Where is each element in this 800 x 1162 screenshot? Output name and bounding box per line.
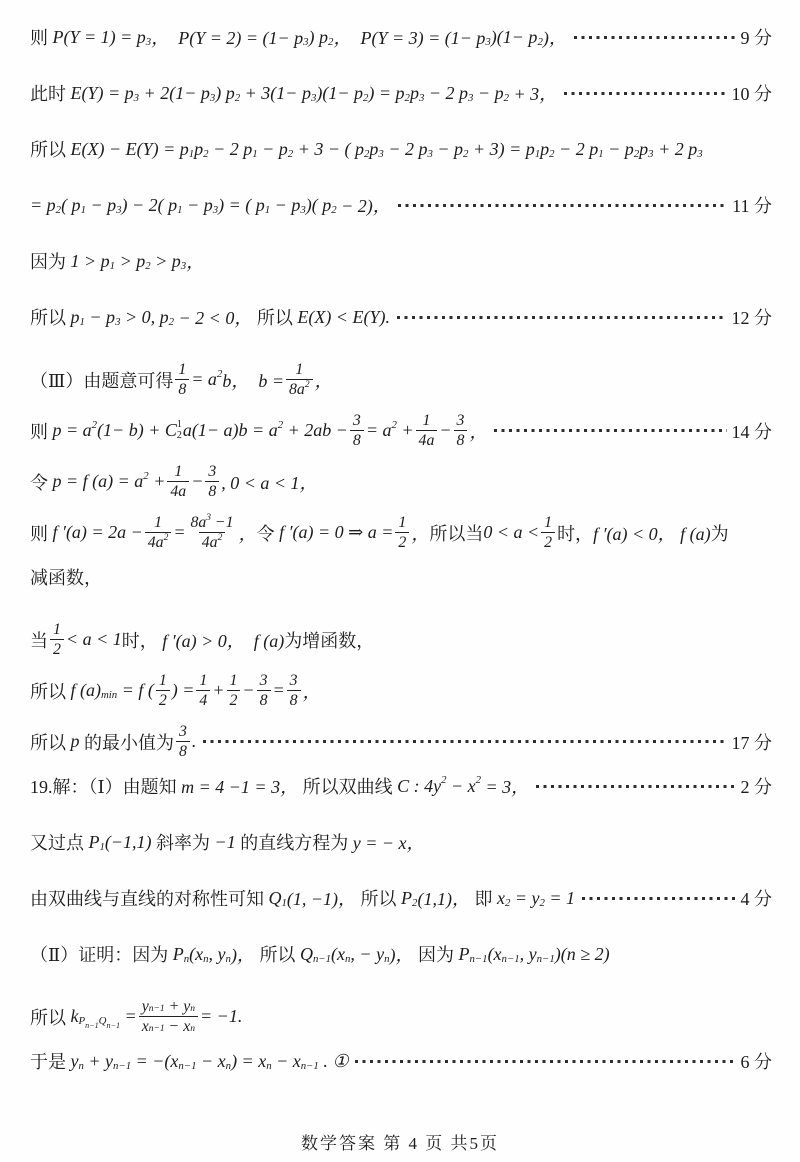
math-text: 8a	[289, 380, 305, 399]
subscript: 1	[265, 205, 270, 216]
denominator: 2	[156, 690, 170, 710]
fraction: yn−1 + ynxn−1 − xn	[139, 997, 198, 1036]
math-text: y	[71, 1051, 79, 1072]
math-text: 1	[174, 462, 182, 481]
math-text: m = 4 −1 = 3，	[181, 773, 298, 799]
subscript: n	[203, 954, 208, 965]
math-text: . ①	[319, 1051, 349, 1072]
subscript: 3	[116, 205, 121, 216]
math-text: ) = x	[231, 1051, 266, 1072]
subscript: n−1	[178, 1061, 196, 1072]
chinese-text: 所以	[252, 304, 297, 330]
subscript: 2	[412, 898, 417, 909]
fraction: 14a	[416, 411, 438, 450]
dot-leader	[355, 1060, 735, 1063]
math-text: =	[273, 680, 285, 701]
math-text: 1	[295, 360, 303, 379]
math-text: +	[397, 420, 414, 441]
numerator: 1	[419, 411, 433, 430]
subscript: 3	[697, 149, 702, 160]
chinese-text: 即	[470, 885, 497, 911]
numerator: 1	[196, 671, 210, 690]
numerator: 1	[50, 620, 64, 639]
subscript: n−1	[85, 1021, 99, 1030]
subscript: 3	[311, 93, 316, 104]
math-text: = f (	[117, 680, 154, 701]
denominator: 8a2	[286, 379, 313, 399]
dot-leader	[582, 897, 735, 900]
dot-leader	[397, 316, 727, 319]
subscript: n−1	[537, 954, 555, 965]
chinese-text: （Ⅱ）证明：因为	[30, 941, 173, 967]
math-text: − p	[270, 195, 300, 216]
chinese-text: 则	[30, 24, 53, 50]
math-text: −1	[215, 832, 236, 853]
math-text: = y	[510, 888, 539, 909]
math-text: (x	[189, 944, 203, 965]
math-text: , − y	[350, 944, 384, 965]
chinese-text: 又过点	[30, 829, 89, 855]
denominator: 2	[50, 639, 64, 659]
fraction: 38	[454, 411, 468, 450]
math-text: −	[439, 420, 451, 441]
math-text: ) = ( p	[218, 195, 265, 216]
math-text: > 0, p	[120, 307, 168, 328]
math-text: − p	[183, 195, 213, 216]
subscript: 2	[634, 149, 639, 160]
math-text: 8	[260, 691, 268, 710]
math-text: ，	[469, 418, 487, 444]
subscript: 2	[145, 261, 150, 272]
superscript: 2	[218, 534, 223, 544]
math-text: 8	[457, 431, 465, 450]
math-text: , 0 < a < 1，	[221, 469, 317, 495]
math-text: , y	[209, 944, 226, 965]
math-text: 1	[422, 411, 430, 430]
math-text: 2	[230, 691, 238, 710]
math-text: 1	[398, 513, 406, 532]
math-text: P(Y = 1) = p	[53, 27, 146, 48]
math-text: p	[410, 83, 419, 104]
math-text: ， P(Y = 3) = (1− p	[333, 24, 485, 50]
chinese-text: 所以	[30, 136, 71, 162]
math-text: Q	[300, 944, 313, 965]
chinese-text: 所以	[255, 941, 300, 967]
subscript: n−1	[113, 1061, 131, 1072]
math-text: = −(x	[131, 1051, 178, 1072]
denominator: 4a2	[199, 532, 226, 552]
math-text: 8	[179, 742, 187, 761]
numerator: 1	[292, 360, 306, 379]
subscript: 3	[419, 93, 424, 104]
chinese-text: 所以	[30, 729, 71, 755]
math-text: P	[458, 944, 469, 965]
chinese-text: 所以当	[429, 520, 483, 546]
math-text: −	[191, 471, 203, 492]
math-text: y	[142, 997, 149, 1016]
subscript: 2	[331, 205, 336, 216]
math-text: − 2)，	[337, 192, 391, 218]
math-text: )(1− p	[316, 83, 363, 104]
denominator: 4a	[167, 481, 189, 501]
page-footer: 数学答案 第 4 页 共5页	[0, 1129, 800, 1154]
numerator: 3	[454, 411, 468, 430]
math-text: p	[71, 307, 80, 328]
math-text: 3	[457, 411, 465, 430]
subscript: Pn−1Qn−1	[79, 1016, 121, 1027]
fraction: 12	[50, 620, 64, 659]
subscript: 1	[81, 205, 86, 216]
subscript: 1	[100, 842, 105, 853]
denominator: 4	[196, 690, 210, 710]
chinese-text: 所以	[30, 304, 71, 330]
math-text: 8	[208, 482, 216, 501]
numerator: 1	[171, 462, 185, 481]
score-label: 6 分	[741, 1048, 773, 1074]
formula-line: 所以 kPn−1Qn−1 =yn−1 + ynxn−1 − xn= −1.	[30, 997, 772, 1036]
formula-line: 由双曲线与直线的对称性可知 Q1(1, −1)， 所以 P2(1,1)， 即 x…	[30, 885, 772, 911]
stack-sub: 2	[177, 431, 182, 442]
math-text: 1	[544, 513, 552, 532]
formula-line: （Ⅱ）证明：因为 Pn(xn, yn)， 所以 Qn−1(xn, − yn)， …	[30, 941, 772, 967]
math-text: − p	[258, 139, 288, 160]
fraction: 14a	[167, 462, 189, 501]
math-text: −	[242, 680, 254, 701]
superscript: 2	[305, 381, 310, 391]
score-label: 17 分	[732, 729, 773, 755]
denominator: 8	[205, 481, 219, 501]
chinese-text: 于是	[30, 1048, 71, 1074]
math-text: = −1.	[200, 1006, 242, 1027]
math-text: E(Y) = p	[71, 83, 134, 104]
subscript: 2	[169, 317, 174, 328]
chinese-text: 此时	[30, 80, 71, 106]
score-label: 4 分	[741, 885, 773, 911]
dot-leader	[203, 740, 726, 743]
score-label: 9 分	[741, 24, 773, 50]
formula-line: 令 p = f (a) = a2 +14a−38, 0 < a < 1，	[30, 462, 772, 501]
math-text: ，	[315, 367, 333, 393]
fraction: 12	[541, 513, 555, 552]
subscript: 2	[504, 93, 509, 104]
superscript: 2	[164, 534, 169, 544]
subscript: 2	[56, 205, 61, 216]
chinese-text: （Ⅲ）由题意可得	[30, 367, 173, 393]
superscript: 2	[391, 420, 396, 431]
subscript: 1	[80, 317, 85, 328]
subscript: n	[226, 1061, 231, 1072]
math-text: (x	[331, 944, 345, 965]
math-text: + 3(1− p	[240, 83, 311, 104]
fraction: 12	[395, 513, 409, 552]
math-text: − 2 p	[424, 83, 468, 104]
numerator: 3	[350, 411, 364, 430]
math-text: )(1− p	[491, 27, 538, 48]
subscript: 3	[181, 261, 186, 272]
math-text: 3	[353, 411, 361, 430]
formula-line: 则 f ′(a) = 2a −14a2=8a3 −14a2，令 f ′(a) =…	[30, 513, 772, 552]
math-text: 4a	[170, 482, 186, 501]
chinese-text: 则	[30, 520, 53, 546]
numerator: 1	[156, 671, 170, 690]
subscript: 2	[203, 149, 208, 160]
math-text: − 2 p	[384, 139, 428, 160]
subscript: 1	[252, 149, 257, 160]
math-text: − 2 p	[555, 139, 599, 160]
math-text: 3	[260, 671, 268, 690]
math-text: p = a	[53, 420, 92, 441]
dot-leader	[564, 92, 726, 95]
subscript: 2	[235, 93, 240, 104]
subscript: 3	[146, 37, 151, 48]
math-text: > p	[115, 251, 145, 272]
fraction: 14	[196, 671, 210, 710]
math-text: ( p	[61, 195, 81, 216]
math-text: = a	[366, 420, 392, 441]
math-text: a(1− a)b = a	[183, 420, 278, 441]
math-text: − p	[86, 195, 116, 216]
math-text: +	[212, 680, 224, 701]
subscript: 2	[505, 898, 510, 909]
math-text: )，	[231, 941, 255, 967]
chinese-text: 的最小值为	[80, 729, 175, 755]
math-text: )，	[543, 24, 567, 50]
math-text: 4a	[202, 533, 218, 552]
dot-leader	[398, 204, 727, 207]
subscript: n−1	[301, 1061, 319, 1072]
math-text: 0 < a <	[483, 522, 539, 543]
fraction: 38	[350, 411, 364, 450]
chinese-text: 令	[30, 469, 53, 495]
math-text: 8	[290, 691, 298, 710]
subscript: n−1	[469, 954, 487, 965]
math-text: 1	[178, 360, 186, 379]
subscript: 3	[648, 149, 653, 160]
numerator: 3	[257, 671, 271, 690]
chinese-text: 则	[30, 418, 53, 444]
subscript: n	[184, 954, 189, 965]
math-text: 8	[353, 431, 361, 450]
math-text: 4a	[419, 431, 435, 450]
chinese-text: 令	[257, 520, 275, 546]
math-text: < a < 1	[66, 629, 122, 650]
math-text: 2	[544, 533, 552, 552]
numerator: 3	[287, 671, 301, 690]
math-text: p	[194, 139, 203, 160]
subscript: 2	[549, 149, 554, 160]
math-text: − x	[446, 776, 475, 797]
answer-sheet-page: 则 P(Y = 1) = p3， P(Y = 2) = (1− p3) p2， …	[0, 0, 800, 1162]
subscript: 2	[363, 93, 368, 104]
math-text: p	[639, 139, 648, 160]
math-text: P	[173, 944, 184, 965]
subscript: n−1	[149, 1025, 165, 1035]
subscript: 3	[485, 37, 490, 48]
denominator: 8	[175, 379, 189, 399]
solution-lines: 则 P(Y = 1) = p3， P(Y = 2) = (1− p3) p2， …	[30, 24, 772, 1074]
fraction: 18a2	[286, 360, 313, 399]
math-text: + y	[165, 997, 191, 1016]
numerator: yn−1 + yn	[139, 997, 198, 1016]
formula-line: 19.解：（Ⅰ）由题知 m = 4 −1 = 3， 所以双曲线 C : 4y2 …	[30, 773, 772, 799]
chinese-text: 所以	[30, 1004, 71, 1030]
numerator: 1	[227, 671, 241, 690]
math-text: + 3 − ( p	[293, 139, 364, 160]
math-text: 2	[398, 533, 406, 552]
fraction: 12	[227, 671, 241, 710]
math-text: − 2 < 0，	[174, 304, 252, 330]
math-text: P	[401, 888, 412, 909]
chinese-text: 时，	[122, 627, 163, 653]
math-text: − x	[197, 1051, 226, 1072]
score-label: 12 分	[732, 304, 773, 330]
chinese-text: 因为	[30, 248, 71, 274]
fraction: 38	[257, 671, 271, 710]
math-text: − p	[473, 83, 503, 104]
formula-line: = p2( p1 − p3) − 2( p1 − p3) = ( p1 − p3…	[30, 192, 772, 218]
superscript: 2	[143, 471, 148, 482]
numerator: 1	[541, 513, 555, 532]
subscript: 3	[300, 205, 305, 216]
math-text: P	[89, 832, 100, 853]
math-text: = 1	[545, 888, 575, 909]
fraction: 12	[156, 671, 170, 710]
math-text: f ′(a) > 0， f (a)	[162, 627, 284, 653]
sup-sub-stack: 12	[177, 420, 182, 441]
chinese-text: 因为	[413, 941, 458, 967]
subscript: n	[384, 954, 389, 965]
chinese-text: 时，	[557, 520, 593, 546]
formula-line: 当12< a < 1时， f ′(a) > 0， f (a)为增函数，	[30, 620, 772, 659]
subscript: 2	[540, 898, 545, 909]
subscript: 2	[537, 37, 542, 48]
math-text: + 2(1− p	[139, 83, 210, 104]
formula-line: 所以 p1 − p3 > 0, p2 − 2 < 0， 所以 E(X) < E(…	[30, 304, 772, 330]
chinese-text: 斜率为	[152, 829, 215, 855]
math-text: 1	[199, 671, 207, 690]
math-text: 1	[53, 620, 61, 639]
numerator: 8a3 −1	[187, 513, 236, 532]
chinese-text: 19.解：（Ⅰ）由题知	[30, 773, 181, 799]
math-text: ) =	[172, 680, 195, 701]
math-text: )(n ≥ 2)	[555, 944, 610, 965]
math-text: C : 4y	[397, 776, 441, 797]
math-text: > p	[151, 251, 181, 272]
numerator: 1	[395, 513, 409, 532]
math-text: = a	[191, 369, 217, 390]
dot-leader	[494, 429, 726, 432]
math-text: , y	[520, 944, 537, 965]
math-text: (1, −1)，	[287, 885, 356, 911]
math-text: − p	[85, 307, 115, 328]
math-text: f (a)	[71, 680, 102, 701]
math-text: ，	[186, 248, 204, 274]
superscript: 2	[217, 369, 222, 380]
math-text: 2	[53, 640, 61, 659]
math-text: + y	[84, 1051, 113, 1072]
formula-line: 则 P(Y = 1) = p3， P(Y = 2) = (1− p3) p2， …	[30, 24, 772, 50]
subscript: n−1	[502, 954, 520, 965]
superscript: 2	[92, 420, 97, 431]
denominator: 8	[350, 430, 364, 450]
math-text: f ′(a) = 2a −	[53, 522, 143, 543]
chinese-text: 的直线方程为	[236, 829, 353, 855]
math-text: x	[497, 888, 505, 909]
math-text: 1	[159, 671, 167, 690]
score-label: 14 分	[732, 418, 773, 444]
subscript: n	[190, 1005, 195, 1015]
fraction: 38	[176, 722, 190, 761]
chinese-text: 减函数，	[30, 564, 102, 590]
score-label: 10 分	[732, 80, 773, 106]
score-label: 11 分	[732, 192, 772, 218]
math-text: 3	[290, 671, 298, 690]
formula-line: 所以 E(X) − E(Y) = p1p2 − 2 p1 − p2 + 3 − …	[30, 136, 772, 162]
math-text: −1	[211, 513, 234, 532]
subscript: 3	[427, 149, 432, 160]
math-text: f ′(a) = 0 ⇒ a =	[275, 522, 394, 543]
math-text: ) = p	[368, 83, 404, 104]
math-text: ，	[411, 520, 429, 546]
fraction: 38	[205, 462, 219, 501]
chinese-text: 当	[30, 627, 48, 653]
subscript: 3	[468, 93, 473, 104]
subscript: n	[190, 1025, 195, 1035]
superscript: 2	[278, 420, 283, 431]
math-text: x	[142, 1017, 149, 1036]
subscript: n−1	[313, 954, 331, 965]
math-text: (−1,1)	[105, 832, 152, 853]
formula-line: （Ⅲ）由题意可得18= a2b， b =18a2，	[30, 360, 772, 399]
subscript: 1	[282, 898, 287, 909]
subscript: 3	[213, 205, 218, 216]
subscript: 2	[328, 37, 333, 48]
denominator: 8	[287, 690, 301, 710]
subscript: 2	[463, 149, 468, 160]
math-text: 1 > p	[71, 251, 110, 272]
formula-line: 则 p = a2(1− b) + C12a(1− a)b = a2 + 2ab …	[30, 411, 772, 450]
math-text: 1	[154, 513, 162, 532]
subscript: 1	[110, 261, 115, 272]
math-text: + 2ab −	[283, 420, 348, 441]
subscript: 2	[364, 149, 369, 160]
math-text: )，	[389, 941, 413, 967]
chinese-text: 所以	[30, 678, 71, 704]
subscript: 3	[303, 37, 308, 48]
math-text: 4	[199, 691, 207, 710]
subscript: 2	[288, 149, 293, 160]
math-text: 2	[159, 691, 167, 710]
subscript: 3	[115, 317, 120, 328]
subscript: n	[79, 1061, 84, 1072]
subscript: 3	[210, 93, 215, 104]
math-text: (x	[488, 944, 502, 965]
formula-line: 又过点 P1(−1,1) 斜率为 −1 的直线方程为 y = − x，	[30, 829, 772, 855]
math-text: 8a	[190, 513, 206, 532]
denominator: 2	[541, 532, 555, 552]
numerator: 3	[176, 722, 190, 741]
math-text: = p	[30, 195, 56, 216]
denominator: 2	[227, 690, 241, 710]
denominator: 8	[454, 430, 468, 450]
math-text: + 3) = p	[468, 139, 534, 160]
denominator: 4a2	[145, 532, 172, 552]
chinese-text: 为	[711, 520, 729, 546]
math-text: ， P(Y = 2) = (1− p	[151, 24, 303, 50]
subscript: 2	[405, 93, 410, 104]
math-text: ，	[239, 520, 257, 546]
math-text: )( p	[306, 195, 332, 216]
